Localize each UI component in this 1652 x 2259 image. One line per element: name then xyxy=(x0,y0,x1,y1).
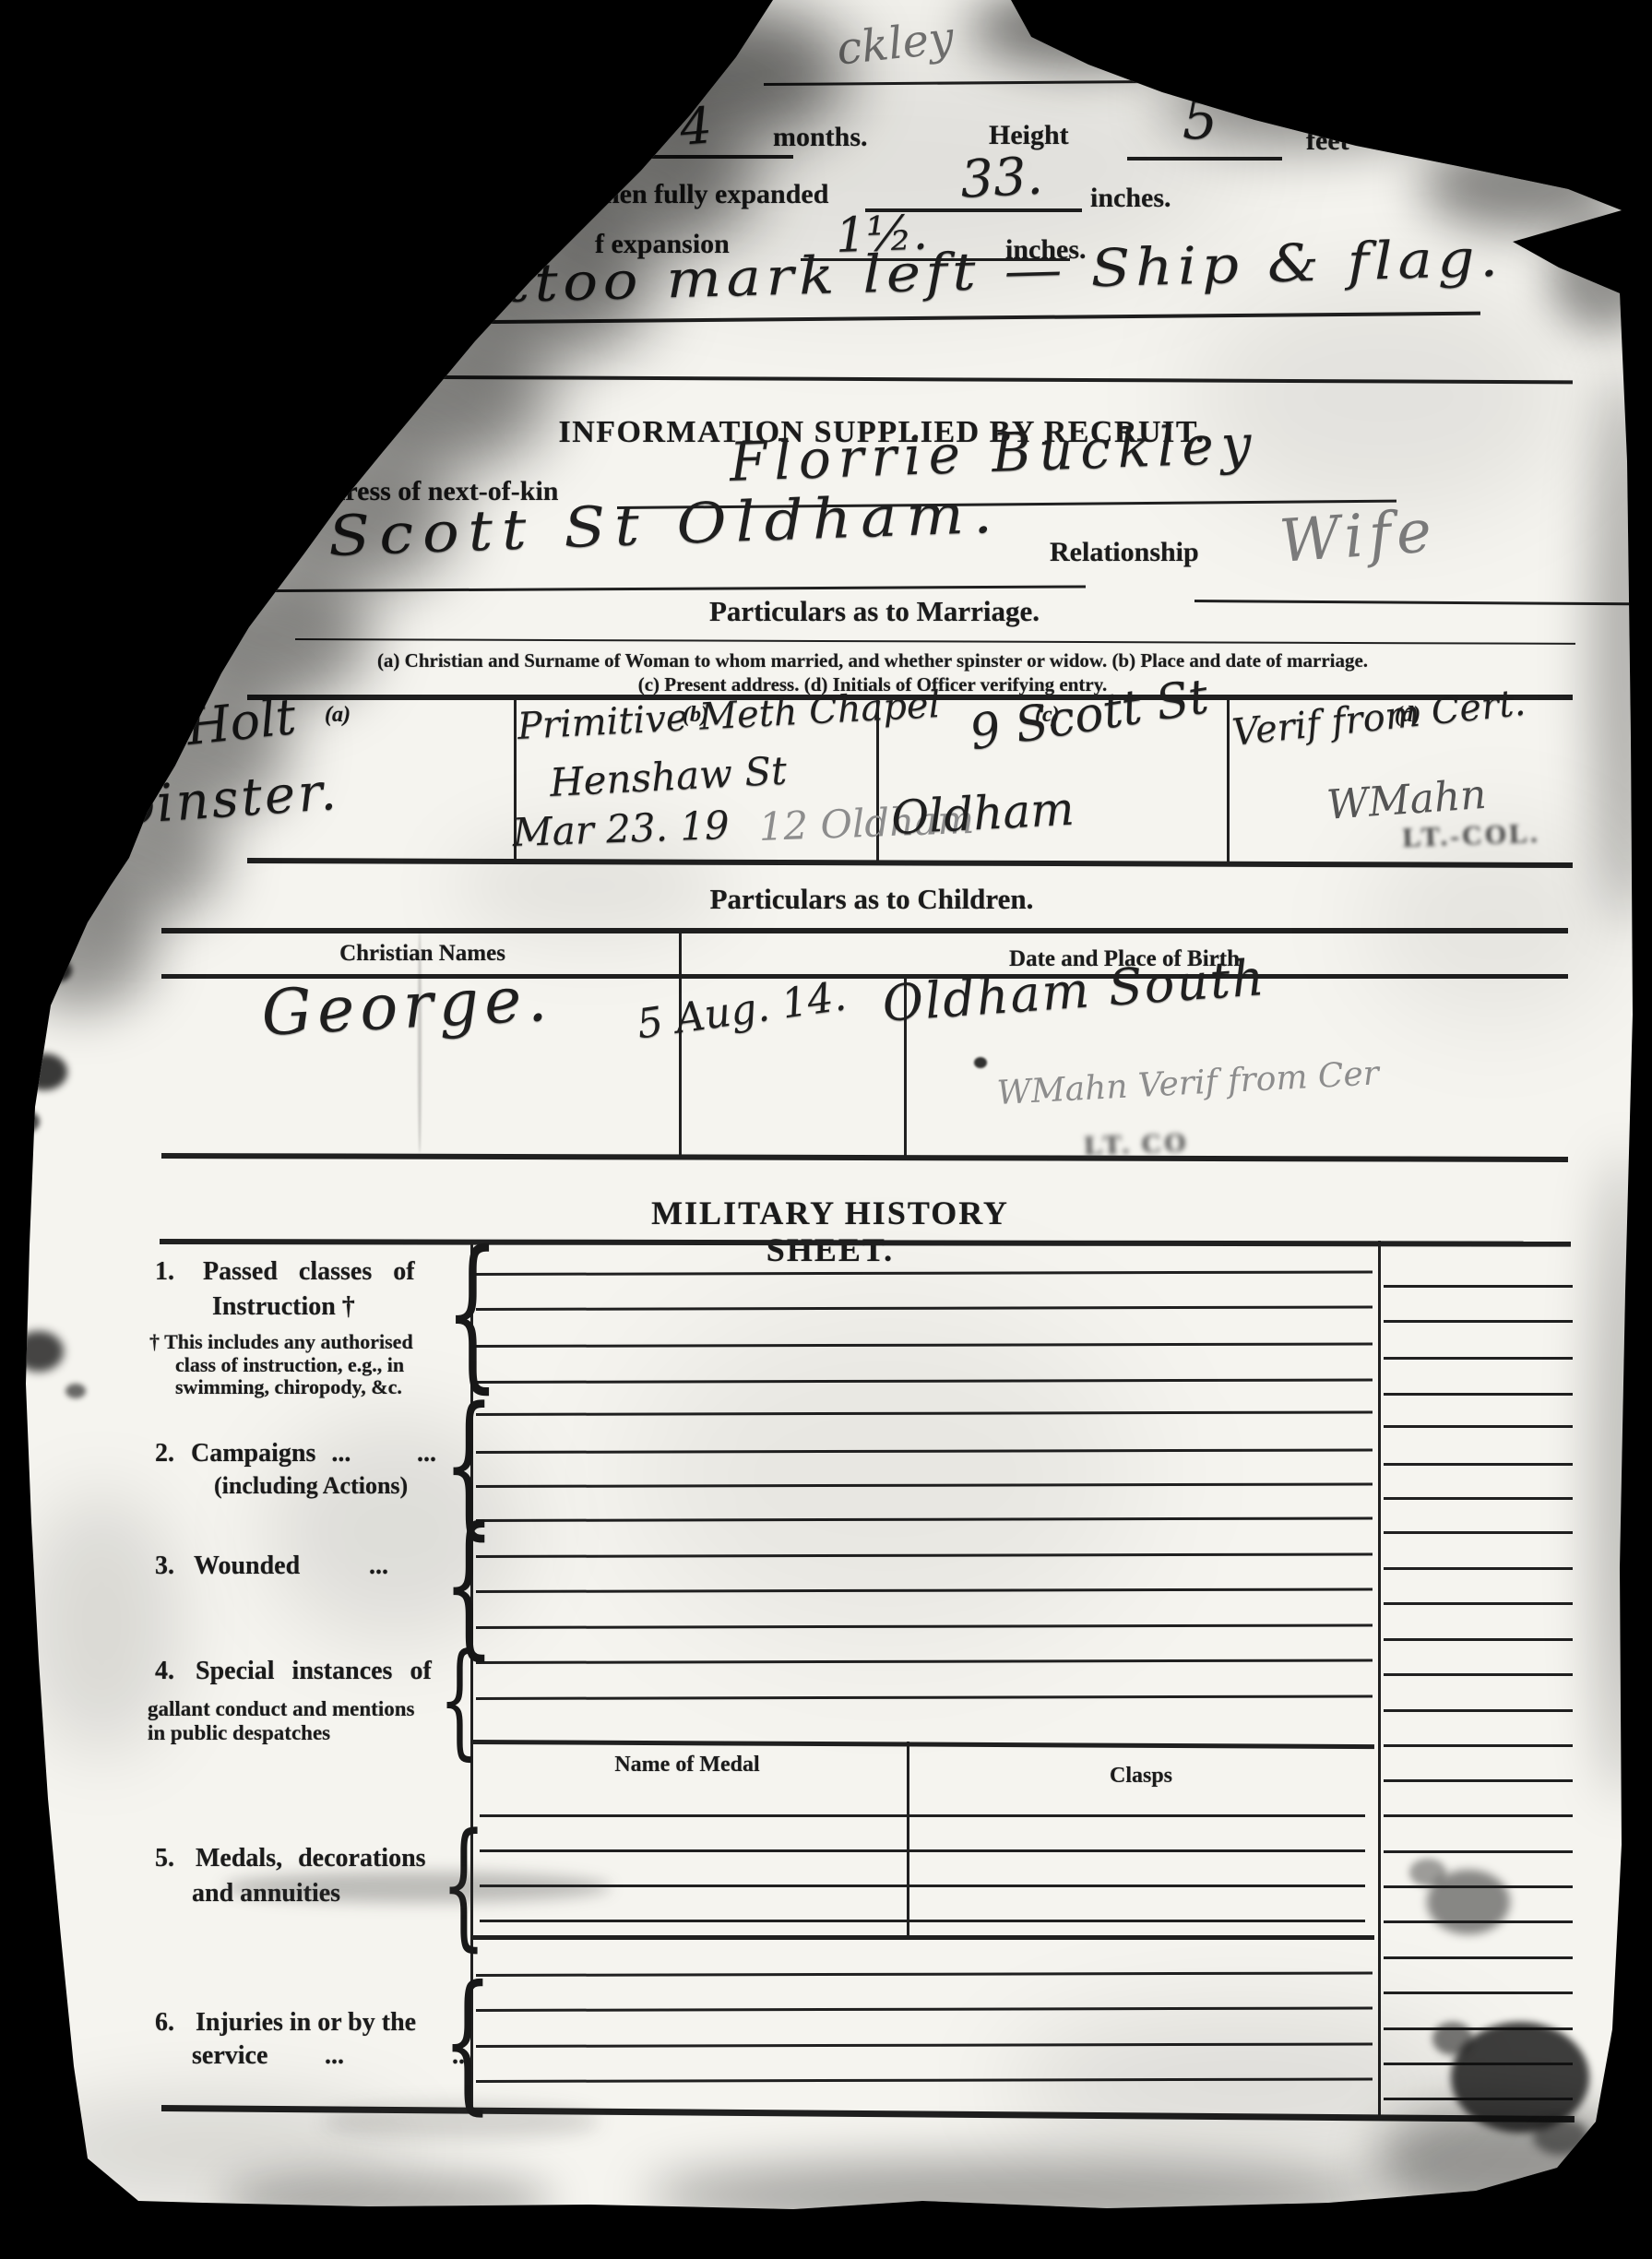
item5-label-line2: and annuities xyxy=(192,1880,340,1908)
stain-blob xyxy=(969,0,1208,69)
ruled-line xyxy=(476,1448,1373,1454)
stain-blob xyxy=(1550,221,1652,332)
item1-number: 1. xyxy=(155,1258,174,1287)
marriage-ltcol-stamp: LT.-COL. xyxy=(1402,818,1540,854)
item1-label-line1: Passed classes of xyxy=(203,1258,415,1287)
scanned-attestation-document: ckley 4 months. Height 5 feet 1 hen full… xyxy=(0,0,1652,2259)
height-feet-value: 5 xyxy=(1183,92,1218,148)
item2-number: 2. xyxy=(155,1440,174,1468)
ruled-line xyxy=(476,2006,1373,2012)
medal-name-header: Name of Medal xyxy=(475,1753,899,1777)
chest-expanded-unit: inches. xyxy=(1090,183,1171,213)
ruled-line xyxy=(480,1920,1365,1922)
medal-table-top xyxy=(470,1740,1374,1749)
item-brace: { xyxy=(443,1966,493,2116)
item1-label-line2: Instruction † xyxy=(212,1293,355,1322)
military-title: MILITARY HISTORY SHEET. xyxy=(600,1195,1061,1268)
marriage-divider-cd xyxy=(1227,696,1230,862)
ruled-line xyxy=(476,1516,1373,1522)
ruled-line xyxy=(476,1694,1373,1700)
item3-label: Wounded xyxy=(194,1552,300,1581)
ruled-line xyxy=(1384,1425,1573,1428)
item2-sublabel: (including Actions) xyxy=(214,1473,408,1500)
marriage-place-line2: Henshaw St xyxy=(549,752,788,803)
item6-dots1: ... xyxy=(325,2042,344,2071)
ruled-line xyxy=(476,1482,1373,1488)
stain-blob xyxy=(7,890,155,1010)
item4-label-line2: gallant conduct and mentions xyxy=(148,1697,414,1720)
children-col-names: Christian Names xyxy=(166,941,679,967)
ruled-line xyxy=(480,1849,1365,1852)
stain-blob xyxy=(1596,1153,1651,1799)
stain-blob xyxy=(12,1111,40,1133)
stain-blob xyxy=(14,1331,64,1372)
item2-dots: ... xyxy=(417,1440,436,1468)
relationship-label: Relationship xyxy=(1050,537,1199,567)
item1-footnote-line3: swimming, chiropody, &c. xyxy=(175,1376,402,1398)
item6-number: 6. xyxy=(155,2009,174,2038)
ruled-line xyxy=(1384,1673,1573,1676)
ruled-line xyxy=(1384,1638,1573,1641)
medal-column-divider xyxy=(907,1742,909,1937)
ruled-line xyxy=(1384,1920,1573,1923)
item-brace: { xyxy=(441,1816,486,1955)
children-title: Particulars as to Children. xyxy=(641,884,1102,915)
height-inches-value: 1 xyxy=(1562,103,1604,160)
ruled-line xyxy=(1384,1779,1573,1782)
tattoo-underline xyxy=(387,312,1480,325)
ruled-line xyxy=(476,1971,1373,1977)
stain-blob xyxy=(627,1301,1144,1651)
child-verify-annotation: WMahn Verif from Cer xyxy=(996,1057,1380,1111)
ruled-line xyxy=(1384,1709,1573,1712)
ruled-line xyxy=(1384,2098,1573,2100)
ruled-line xyxy=(476,1378,1373,1384)
ruled-line xyxy=(1384,1320,1573,1323)
feet-underline xyxy=(1127,157,1282,161)
stain-blob xyxy=(330,323,552,470)
child-name: George. xyxy=(260,968,554,1045)
ruled-line xyxy=(476,1305,1373,1311)
stain-blob xyxy=(1427,1870,1510,1934)
marriage-wife-status: Spinster. xyxy=(81,767,340,836)
marriage-verify-signature: WMahn xyxy=(1325,775,1488,826)
marriage-note-line1: (a) Christian and Surname of Woman to wh… xyxy=(314,650,1432,672)
ruled-line xyxy=(476,1410,1373,1416)
top-handwriting-fragment: ckley xyxy=(835,16,956,72)
marriage-title: Particulars as to Marriage. xyxy=(676,596,1073,627)
ruled-line xyxy=(480,1814,1365,1817)
marriage-address-line2: Oldham xyxy=(890,786,1076,841)
chest-expanded-label: hen fully expanded xyxy=(604,179,828,209)
children-table-top xyxy=(161,928,1568,933)
marriage-note-topline xyxy=(295,638,1575,645)
ruled-line xyxy=(1384,1393,1573,1396)
child-ltcol-stamp: LT. CO xyxy=(1084,1127,1189,1162)
ruled-line xyxy=(1384,1567,1573,1570)
relationship-underline xyxy=(1194,600,1633,605)
section-rule xyxy=(235,375,1573,384)
item1-footnote-line1: † This includes any authorised xyxy=(149,1331,413,1353)
stain-blob xyxy=(1420,138,1623,231)
item5-label-line1: Medals, decorations xyxy=(196,1845,426,1873)
item4-label-line3: in public despatches xyxy=(148,1721,330,1744)
months-underline xyxy=(636,155,793,159)
item6-label-line2: service xyxy=(192,2042,267,2071)
inches-underline xyxy=(1476,159,1640,169)
ruled-line xyxy=(1384,1285,1573,1288)
ruled-line xyxy=(1384,1463,1573,1466)
item1-footnote-line2: class of instruction, e.g., in xyxy=(175,1354,404,1376)
ruled-line xyxy=(1384,1991,1573,1994)
item5-number: 5. xyxy=(155,1845,174,1873)
ruled-line xyxy=(480,1884,1365,1887)
stain-blob xyxy=(646,2158,1384,2232)
ruled-line xyxy=(476,1552,1373,1558)
relationship-value: Wife xyxy=(1278,502,1439,572)
ruled-line xyxy=(476,1659,1373,1664)
ruled-line xyxy=(1384,1885,1573,1888)
next-of-kin-name: Florrie Buckley xyxy=(729,417,1259,489)
item2-label: Campaigns ... xyxy=(191,1440,351,1468)
ruled-line xyxy=(476,1623,1373,1629)
stain-blob xyxy=(1409,1859,1446,1886)
ruled-line xyxy=(1384,1497,1573,1500)
document-page: ckley 4 months. Height 5 feet 1 hen full… xyxy=(0,0,1652,2259)
months-label: months. xyxy=(773,122,868,152)
marriage-wife-name: rie Holt xyxy=(100,692,298,762)
medal-clasps-header: Clasps xyxy=(911,1764,1371,1788)
marriage-col-a: (a) xyxy=(325,703,351,727)
ruled-line xyxy=(476,1270,1373,1276)
chest-expanded-value: 33. xyxy=(959,150,1044,207)
item4-number: 4. xyxy=(155,1658,174,1686)
ruled-line xyxy=(476,1587,1373,1593)
marriage-table-bottom xyxy=(247,858,1573,868)
ruled-line xyxy=(1384,1602,1573,1605)
stain-blob xyxy=(21,1053,67,1090)
ruled-line xyxy=(1384,1956,1573,1959)
ruled-line xyxy=(1384,2027,1573,2030)
stain-blob xyxy=(221,2172,553,2228)
medal-table-bottom xyxy=(470,1935,1374,1940)
stain-blob xyxy=(65,1384,86,1398)
military-table-bottom xyxy=(161,2105,1575,2122)
address-underline xyxy=(106,585,1086,593)
item6-label-line1: Injuries in or by the xyxy=(196,2009,416,2038)
ruled-line xyxy=(1384,1850,1573,1853)
top-rule xyxy=(764,79,1257,86)
stain-blob xyxy=(974,1057,987,1068)
ruled-line xyxy=(1384,1744,1573,1747)
ruled-line xyxy=(1384,2063,1573,2065)
ruled-line xyxy=(1384,1357,1573,1360)
item3-number: 3. xyxy=(155,1552,174,1581)
stain-blob xyxy=(39,958,72,982)
item4-label-line1: Special instances of xyxy=(196,1658,432,1686)
item-brace: { xyxy=(445,1230,499,1395)
children-divider-name xyxy=(679,930,682,1157)
children-table-bottom xyxy=(161,1153,1568,1162)
stain-blob xyxy=(1533,2118,1588,2155)
ruled-line xyxy=(476,2042,1373,2048)
item3-dots1: ... xyxy=(369,1552,388,1581)
ruled-line xyxy=(476,2077,1373,2083)
stain-blob xyxy=(1593,369,1652,922)
stain-blob xyxy=(18,2098,406,2200)
child-birth-date: 5 Aug. 14. xyxy=(635,976,849,1045)
ruled-line xyxy=(1384,1531,1573,1534)
feet-label: feet xyxy=(1306,125,1349,156)
marriage-date-ink: Mar 23. 19 xyxy=(512,806,730,852)
military-right-col-rule xyxy=(1378,1241,1381,2117)
ruled-line xyxy=(476,1342,1373,1348)
service-months-value: 4 xyxy=(678,101,714,153)
item-brace: { xyxy=(439,1638,481,1764)
ruled-line xyxy=(1384,1814,1573,1817)
stain-blob xyxy=(1005,2011,1485,2158)
